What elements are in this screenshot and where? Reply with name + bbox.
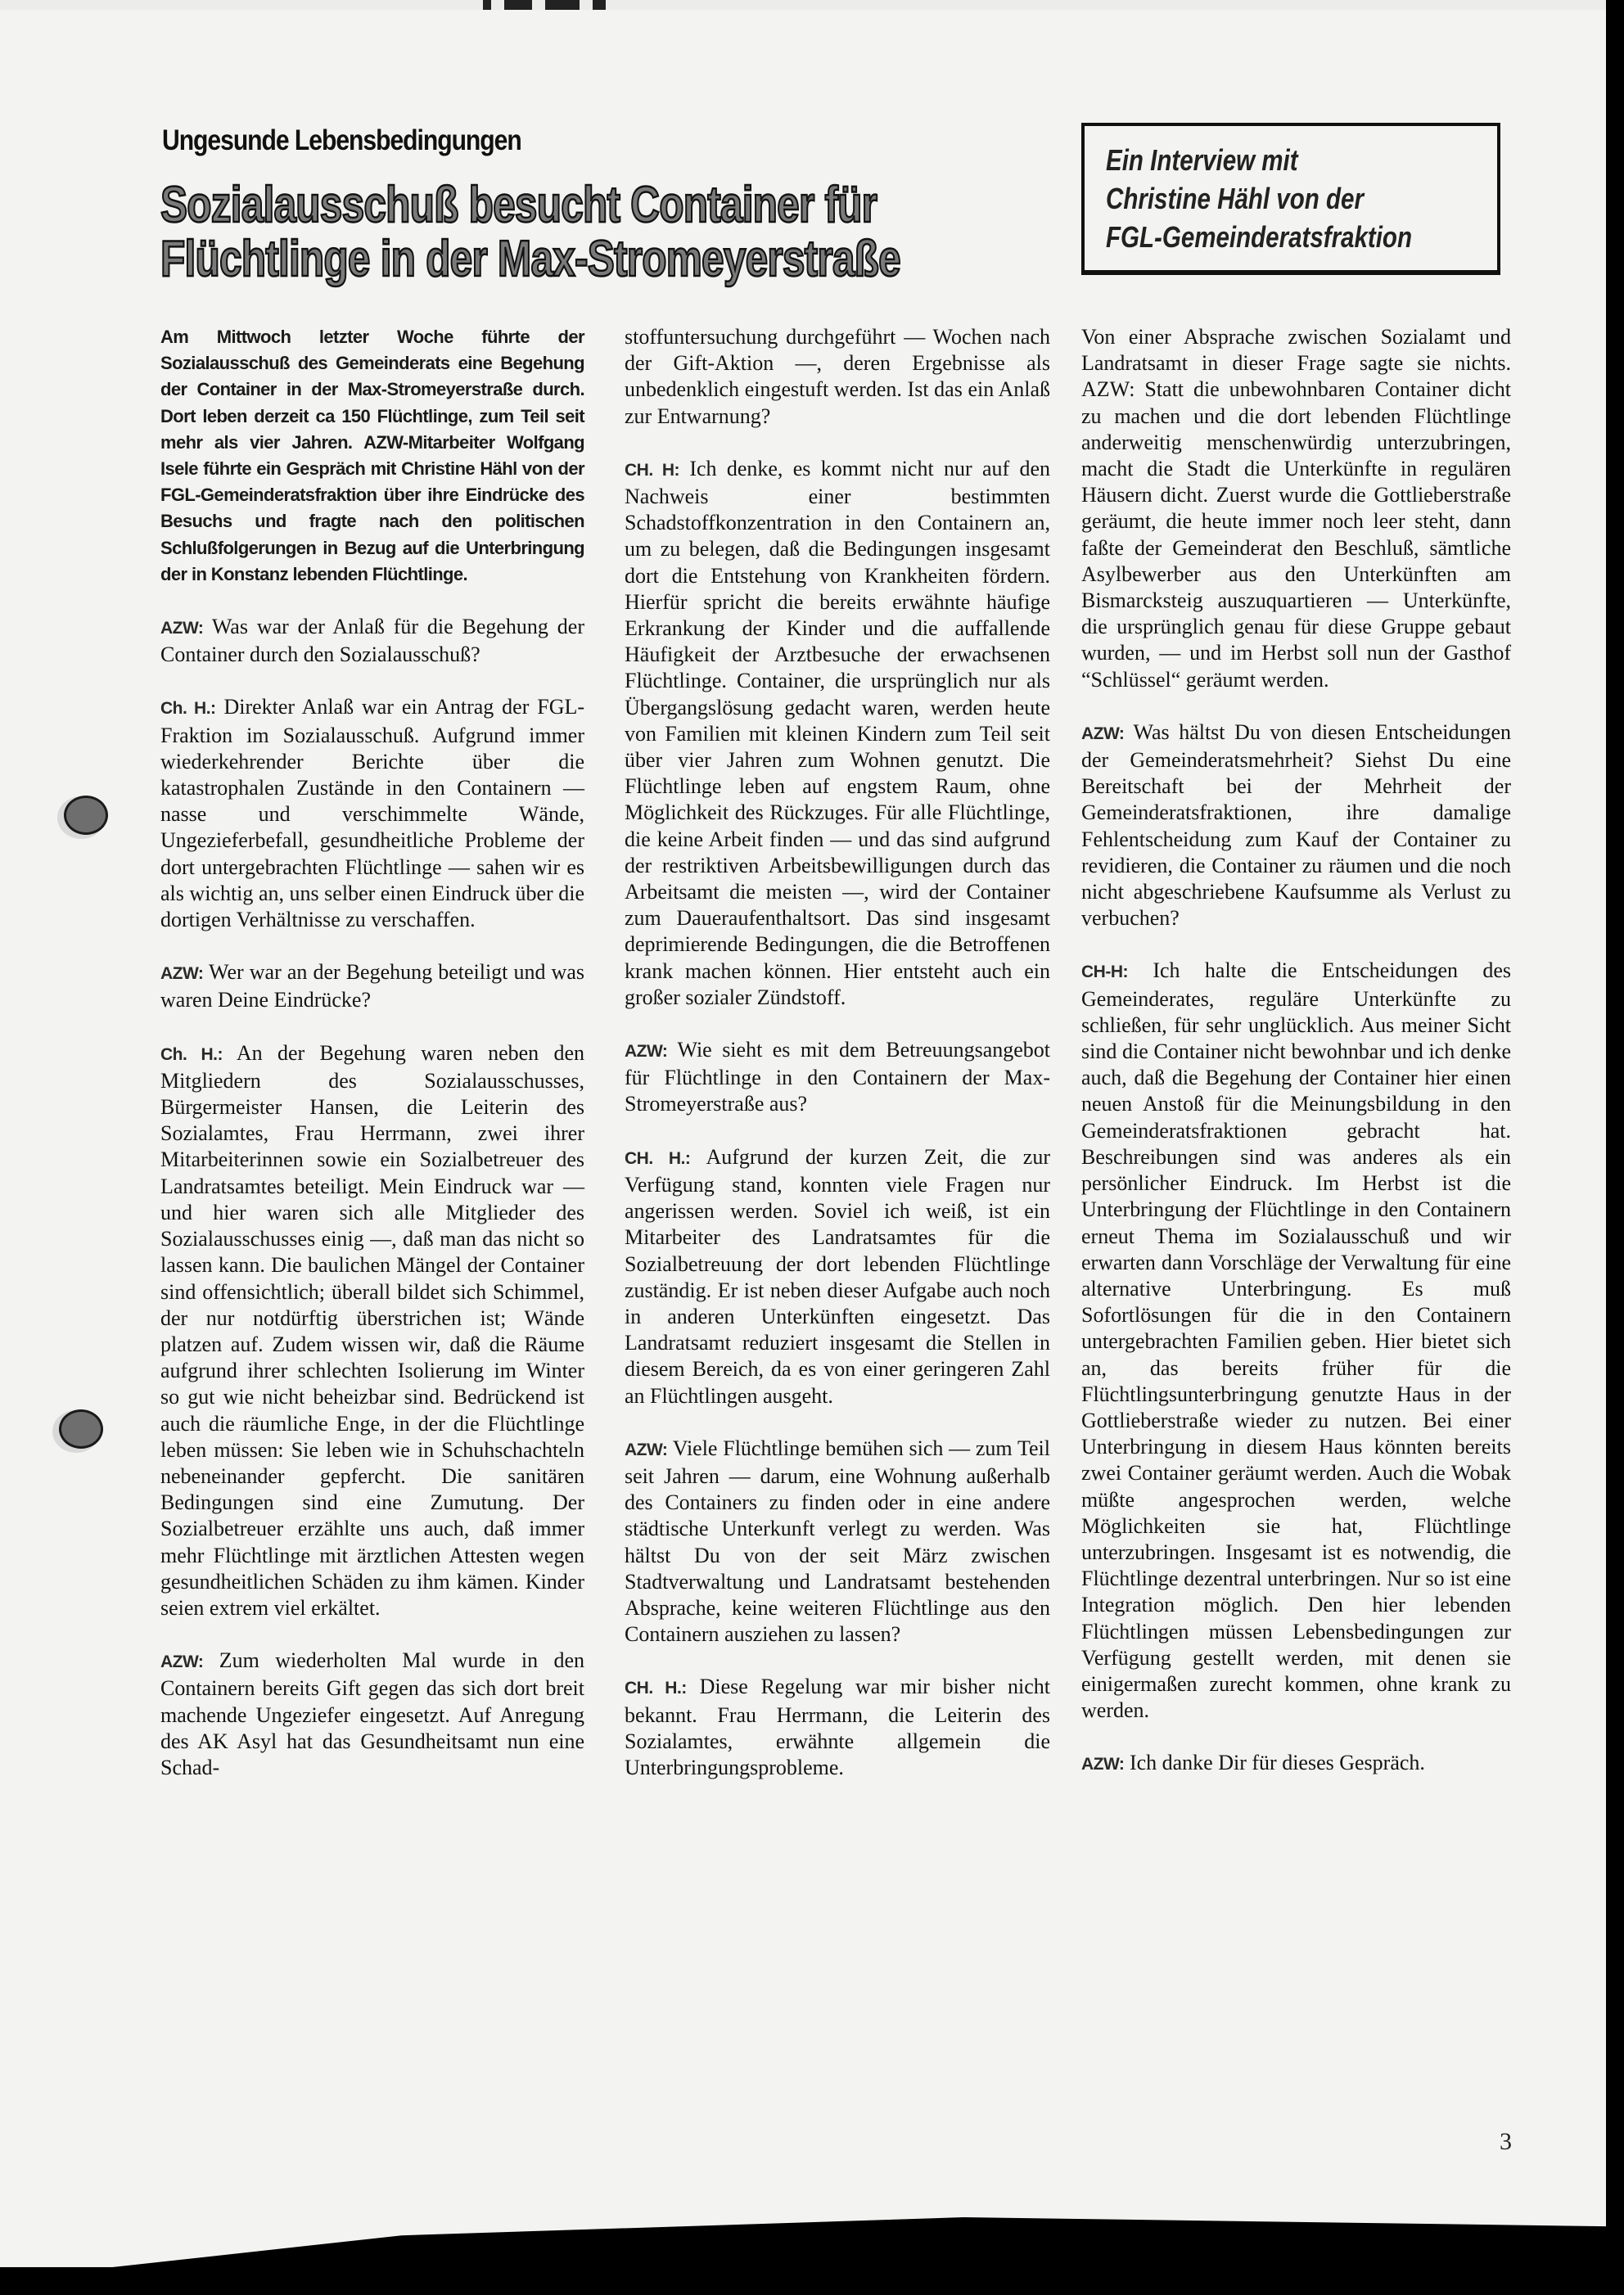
interview-question: AZW: Zum wiederholten Mal wurde in den C… xyxy=(160,1648,584,1781)
interview-info-box: Ein Interview mit Christine Hähl von der… xyxy=(1081,123,1500,275)
paragraph-text: Direkter Anlaß war ein Antrag der FGL-Fr… xyxy=(160,695,584,931)
previous-page-bleed xyxy=(483,0,606,11)
paragraph-text: Ich halte die Entscheidungen des Gemeind… xyxy=(1081,958,1511,1722)
speaker-label: CH. H.: xyxy=(625,1149,690,1168)
interview-question-continued: stoffuntersuchung durchgeführt — Wochen … xyxy=(625,324,1050,430)
interview-answer: Ch. H.: An der Begehung waren neben den … xyxy=(160,1040,584,1621)
interview-answer: CH. H: Ich denke, es kommt nicht nur auf… xyxy=(625,456,1050,1011)
speaker-label: CH-H: xyxy=(1081,963,1128,981)
box-line: Ein Interview mit xyxy=(1106,141,1427,179)
text-column-3: Von einer Absprache zwischen Sozialamt u… xyxy=(1081,324,1511,1805)
paragraph-text: Diese Regelung war mir bisher nicht beka… xyxy=(625,1675,1050,1779)
interview-question: AZW: Was war der Anlaß für die Begehung … xyxy=(160,614,584,668)
headline-line: Sozialausschuß besucht Container für xyxy=(160,178,946,232)
paragraph-text: Was hältst Du von diesen Entscheidungen … xyxy=(1081,720,1511,930)
paragraph-text: Zum wiederholten Mal wurde in den Contai… xyxy=(160,1648,584,1779)
interview-answer: Ch. H.: Direkter Anlaß war ein Antrag de… xyxy=(160,694,584,933)
speaker-label: AZW: xyxy=(625,1042,667,1061)
scanned-page: Ungesunde Lebensbedingungen Sozialaussch… xyxy=(0,0,1606,2267)
paragraph-text: Von einer Absprache zwischen Sozialamt u… xyxy=(1081,325,1511,692)
paragraph-text: Wer war an der Begehung beteiligt und wa… xyxy=(160,960,584,1012)
paragraph-text: Wie sieht es mit dem Betreuungsangebot f… xyxy=(625,1038,1050,1116)
speaker-label: Ch. H.: xyxy=(160,699,216,718)
interview-answer: CH-H: Ich halte die Entscheidungen des G… xyxy=(1081,958,1511,1724)
speaker-label: CH. H.: xyxy=(625,1679,687,1698)
paragraph-text: Was war der Anlaß für die Begehung der C… xyxy=(160,615,584,666)
interview-answer: CH. H.: Diese Regelung war mir bisher ni… xyxy=(625,1674,1050,1781)
headline-line: Flüchtlinge in der Max-Stromeyerstraße xyxy=(160,232,946,286)
interview-question: AZW: Was hältst Du von diesen Entscheidu… xyxy=(1081,719,1511,932)
paragraph-text: stoffuntersuchung durchgeführt — Wochen … xyxy=(625,325,1050,428)
article-headline: Sozialausschuß besucht Container für Flü… xyxy=(160,178,946,286)
box-line: Christine Hähl von der xyxy=(1106,179,1427,218)
speaker-label: CH. H: xyxy=(625,461,679,480)
interview-answer: CH. H.: Aufgrund der kurzen Zeit, die zu… xyxy=(625,1144,1050,1409)
speaker-label: AZW: xyxy=(160,619,203,638)
speaker-label: AZW: xyxy=(1081,724,1124,743)
interview-question: AZW: Viele Flüchtlinge bemühen sich — zu… xyxy=(625,1436,1050,1648)
page-number: 3 xyxy=(1500,2128,1512,2156)
article-kicker: Ungesunde Lebensbedingungen xyxy=(162,124,521,157)
paragraph-text: Aufgrund der kurzen Zeit, die zur Verfüg… xyxy=(625,1145,1050,1408)
speaker-label: AZW: xyxy=(1081,1755,1124,1774)
text-column-1: Am Mittwoch letzter Woche führte der Soz… xyxy=(160,324,584,1807)
punch-hole-icon xyxy=(64,796,108,835)
interview-question: AZW: Wer war an der Begehung beteiligt u… xyxy=(160,959,584,1013)
paragraph-text: Ich denke, es kommt nicht nur auf den Na… xyxy=(625,457,1050,1009)
speaker-label: Ch. H.: xyxy=(160,1045,223,1064)
article-intro: Am Mittwoch letzter Woche führte der Soz… xyxy=(160,324,584,588)
text-column-2: stoffuntersuchung durchgeführt — Wochen … xyxy=(625,324,1050,1807)
speaker-label: AZW: xyxy=(160,1652,203,1671)
interview-closing: AZW: Ich danke Dir für dieses Gespräch. xyxy=(1081,1750,1511,1778)
interview-question: AZW: Wie sieht es mit dem Betreuungsange… xyxy=(625,1037,1050,1118)
paragraph-text: An der Begehung waren neben den Mitglied… xyxy=(160,1041,584,1620)
paragraph-text: Viele Flüchtlinge bemühen sich — zum Tei… xyxy=(625,1436,1050,1646)
punch-hole-icon xyxy=(59,1409,103,1449)
speaker-label: AZW: xyxy=(160,964,203,983)
paragraph-text: Ich danke Dir für dieses Gespräch. xyxy=(1130,1751,1425,1774)
interview-answer-continued: Von einer Absprache zwischen Sozialamt u… xyxy=(1081,324,1511,693)
page-top-edge xyxy=(0,0,1606,10)
box-line: FGL-Gemeinderatsfraktion xyxy=(1106,218,1427,256)
speaker-label: AZW: xyxy=(625,1441,667,1459)
